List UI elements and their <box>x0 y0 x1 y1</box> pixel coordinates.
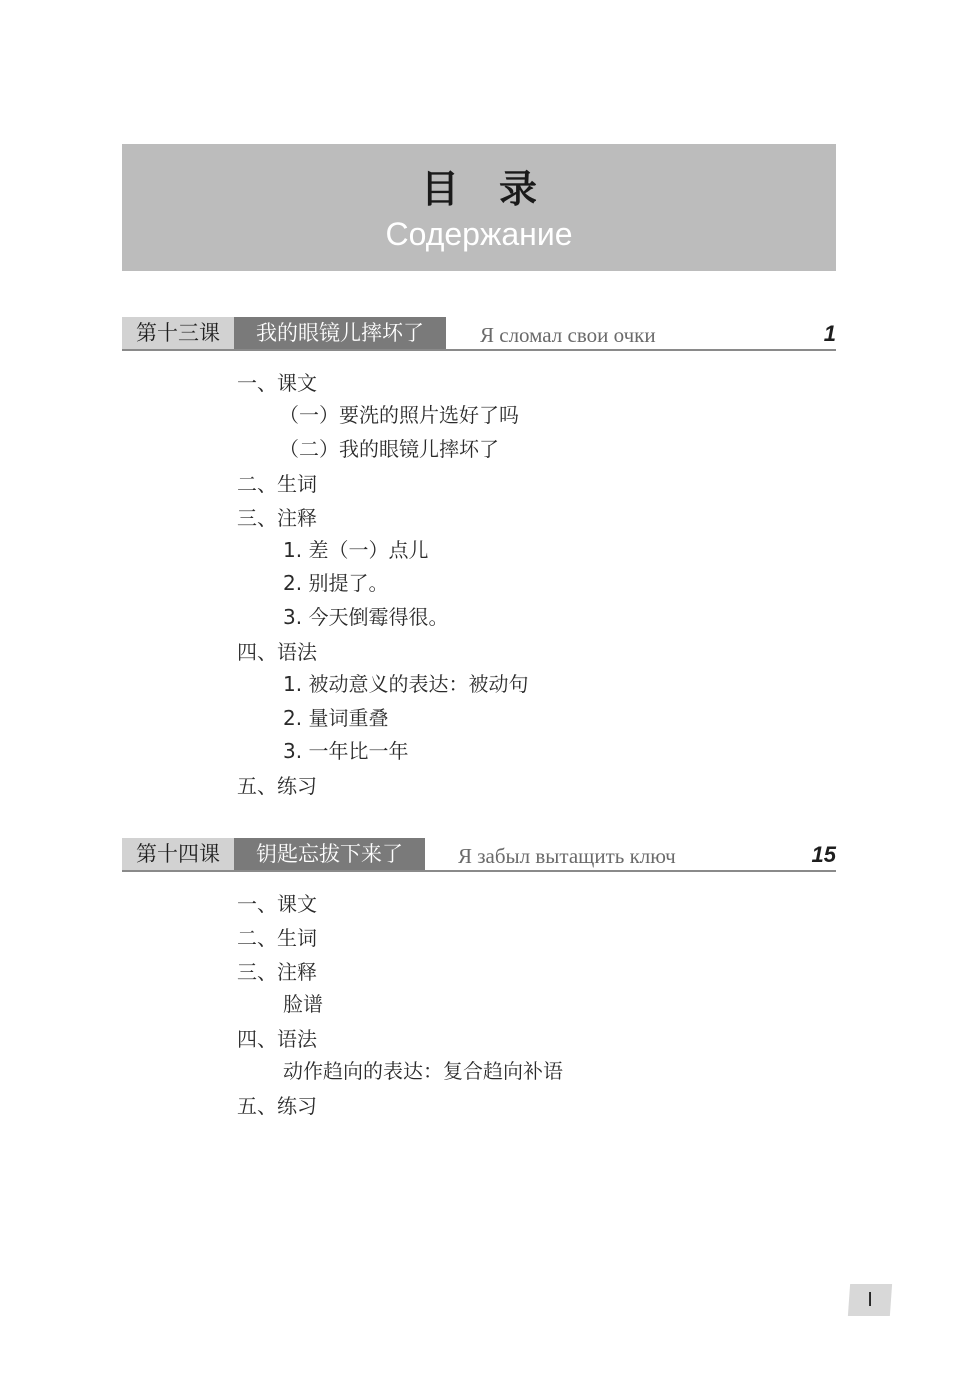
toc-title-chinese: 目录 <box>122 158 836 213</box>
toc-entry[interactable]: 四、语法 <box>237 1023 317 1052</box>
toc-title-banner: 目录 Содержание <box>122 144 836 271</box>
lesson-number: 第十四课 <box>122 838 234 870</box>
toc-title-russian: Содержание <box>122 216 836 253</box>
lesson-13-header[interactable]: 第十三课 我的眼镜儿摔坏了 Я сломал свои очки 1 <box>122 317 836 351</box>
toc-subentry[interactable]: 2. 量词重叠 <box>283 702 388 731</box>
toc-subentry[interactable]: 2. 别提了。 <box>283 567 388 596</box>
toc-subentry[interactable]: 1. 被动意义的表达：被动句 <box>283 668 528 697</box>
lesson-page-number: 1 <box>824 317 836 349</box>
toc-entry[interactable]: 五、练习 <box>237 770 317 799</box>
lesson-number: 第十三课 <box>122 317 234 349</box>
toc-subentry[interactable]: 1. 差（一）点儿 <box>283 534 428 563</box>
lesson-title-russian: Я сломал свои очки <box>480 317 656 349</box>
toc-entry[interactable]: 三、注释 <box>237 956 317 985</box>
toc-entry[interactable]: 四、语法 <box>237 636 317 665</box>
lesson-page-number: 15 <box>812 838 836 870</box>
lesson-title-chinese: 钥匙忘拔下来了 <box>234 838 425 870</box>
toc-entry[interactable]: 一、课文 <box>237 888 317 917</box>
lesson-title-chinese: 我的眼镜儿摔坏了 <box>234 317 446 349</box>
toc-subentry[interactable]: 3. 一年比一年 <box>283 735 408 764</box>
toc-subentry[interactable]: 脸谱 <box>283 988 323 1017</box>
toc-entry[interactable]: 三、注释 <box>237 502 317 531</box>
toc-entry[interactable]: 一、课文 <box>237 367 317 396</box>
toc-subentry[interactable]: （二）我的眼镜儿摔坏了 <box>279 433 499 462</box>
lesson-14-header[interactable]: 第十四课 钥匙忘拔下来了 Я забыл вытащить ключ 15 <box>122 838 836 872</box>
toc-entry[interactable]: 二、生词 <box>237 922 317 951</box>
toc-subentry[interactable]: （一）要洗的照片选好了吗 <box>279 399 519 428</box>
toc-subentry[interactable]: 动作趋向的表达：复合趋向补语 <box>283 1055 563 1084</box>
lesson-title-russian: Я забыл вытащить ключ <box>458 838 676 870</box>
toc-subentry[interactable]: 3. 今天倒霉得很。 <box>283 601 448 630</box>
toc-entry[interactable]: 二、生词 <box>237 468 317 497</box>
page-number: I <box>849 1284 891 1316</box>
toc-entry[interactable]: 五、练习 <box>237 1090 317 1119</box>
